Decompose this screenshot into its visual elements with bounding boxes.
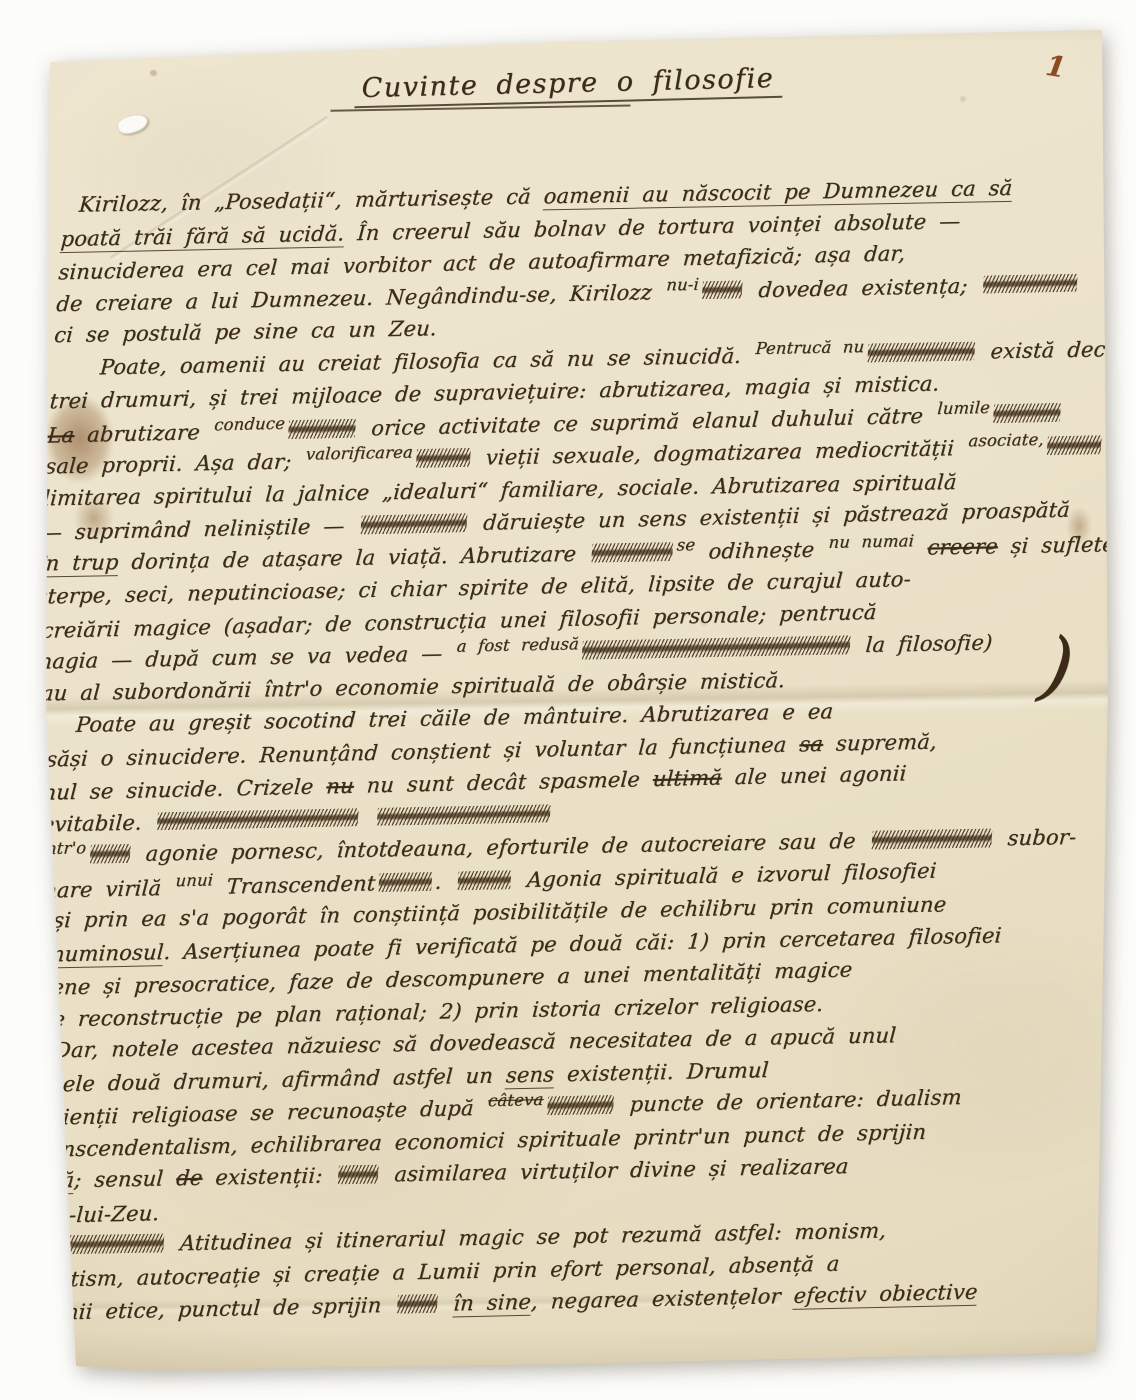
- handwritten-text-segment: supremă,: [822, 729, 937, 755]
- scribble-strikeout: [338, 1165, 379, 1184]
- scribble-strikeout: [867, 341, 975, 361]
- handwritten-text-segment: există decât: [977, 336, 1128, 363]
- handwritten-text-segment: omului-lui-Zeu.: [0, 1201, 160, 1229]
- handwritten-text-segment: câteva: [487, 1084, 544, 1118]
- handwritten-text-segment: valorificarea: [305, 437, 414, 472]
- handwritten-text-segment: de: [175, 1166, 203, 1191]
- scribble-strikeout: [993, 402, 1061, 422]
- handwritten-text-segment: se: [676, 529, 697, 562]
- handwritten-text-segment: sale proprii. Așa dar;: [45, 449, 306, 478]
- manuscript-paragraph: Poate, oamenii au creiat filosofia ca să…: [29, 333, 1061, 711]
- handwritten-text-segment: lumile: [936, 391, 991, 425]
- handwritten-text-segment: nu-i: [665, 268, 700, 301]
- manuscript-paragraph: Poate au greșit socotind trei căile de m…: [7, 691, 1037, 1037]
- handwritten-text-segment: inevitabile.: [20, 810, 155, 837]
- handwritten-text-segment: asimilarea virtuților divine și realizar…: [381, 1154, 850, 1186]
- handwritten-text-segment: Kirilozz, în „Posedații“, mărturisește c…: [78, 184, 544, 216]
- handwritten-text-segment: înafară: [0, 1168, 75, 1195]
- handwritten-text-segment: efectiv obiective: [793, 1280, 979, 1310]
- handwritten-text-segment: ci se postulă pe sine ca un Zeu.: [53, 316, 437, 347]
- handwritten-text-segment: numinosul: [50, 940, 164, 968]
- scribble-strikeout: [1047, 435, 1102, 455]
- handwritten-text-segment: și suflete: [997, 532, 1116, 558]
- scribble-strikeout: [582, 636, 850, 660]
- scribble-strikeout: [546, 1095, 614, 1115]
- scribble-strikeout: [89, 844, 130, 863]
- manuscript-body: Kirilozz, în „Posedații“, mărturisește c…: [0, 170, 1072, 1329]
- handwritten-text-segment: funcțiunii etice, punctul de sprijin: [0, 1293, 395, 1326]
- handwritten-text-segment: în trup: [38, 550, 120, 577]
- scribble-strikeout: [157, 808, 359, 831]
- handwritten-text-segment: existenții. Drumul: [553, 1058, 769, 1086]
- handwritten-text-segment: dorința de atașare la viață. Abrutizare: [118, 541, 590, 573]
- paper-shadow: 1 Cuvinte despre o filosofie Kirilozz, î…: [0, 0, 1136, 1400]
- handwritten-text-segment: ultimă: [652, 765, 723, 791]
- handwritten-text-segment: sa: [799, 731, 824, 756]
- handwritten-text-segment: la filosofie): [852, 630, 993, 657]
- handwritten-text-segment: a fost redusă: [456, 628, 580, 663]
- scanned-manuscript-page: 1 Cuvinte despre o filosofie Kirilozz, î…: [0, 0, 1136, 1400]
- manuscript-paper: 1 Cuvinte despre o filosofie Kirilozz, î…: [0, 0, 1136, 1400]
- handwritten-text-segment: La: [47, 422, 75, 447]
- scribble-strikeout: [457, 870, 512, 890]
- handwritten-text-segment: puncte de orientare: dualism: [616, 1085, 963, 1117]
- scribble-strikeout: [397, 1294, 438, 1313]
- handwritten-text-segment: în sine: [452, 1290, 531, 1318]
- manuscript-paragraph: Kirilozz, în „Posedații“, mărturisește c…: [53, 170, 1072, 353]
- scribble-strikeout: [288, 418, 356, 438]
- handwritten-text-segment: [Dintr'o: [19, 832, 87, 866]
- scribble-strikeout: [376, 804, 551, 826]
- handwritten-text-segment: ale unei agonii: [721, 761, 907, 789]
- foxing-spot: [150, 70, 157, 76]
- handwritten-text-segment: [360, 805, 375, 829]
- handwritten-text-segment: conduce: [213, 407, 286, 441]
- handwritten-text-segment: tot: [15, 898, 41, 931]
- manuscript-title-block: Cuvinte despre o filosofie: [0, 54, 1136, 121]
- handwritten-text-segment: din cele două drumuri, afirmând astfel u…: [3, 1063, 507, 1097]
- scribble-strikeout: [702, 280, 743, 299]
- handwritten-text-segment: magia — după cum se va vedea —: [31, 641, 456, 674]
- scribble-strikeout: [360, 513, 468, 534]
- manuscript-title: Cuvinte despre o filosofie: [353, 63, 782, 108]
- scribble-strikeout: [983, 273, 1078, 293]
- handwritten-text-segment: asociate,: [967, 424, 1045, 458]
- handwritten-text-segment: cu: [12, 942, 52, 967]
- handwritten-text-segment: abrutizare: [74, 419, 214, 446]
- handwritten-text-segment: nu: [326, 774, 355, 799]
- manuscript-paragraph: Atitudinea și itinerariul magic se pot r…: [0, 1211, 1002, 1329]
- scribble-strikeout: [416, 448, 471, 468]
- handwritten-text-segment: dovedea existența;: [745, 273, 982, 302]
- handwritten-text-segment: creere: [927, 534, 999, 559]
- handwritten-text-segment: poată trăi fără să ucidă.: [60, 221, 345, 253]
- handwritten-text-segment: experienții religioase se recunoaște dup…: [1, 1096, 488, 1131]
- handwritten-text-segment: ; sensul: [73, 1166, 177, 1192]
- handwritten-text-segment: .: [434, 869, 455, 893]
- scribble-strikeout: [378, 872, 433, 892]
- handwritten-text-segment: oamenii au născocit pe Dumnezeu ca să: [543, 176, 1013, 210]
- handwritten-text-segment: Pentrucă nu: [754, 331, 865, 366]
- handwritten-text-segment: unui: [175, 864, 215, 897]
- handwritten-text-segment: omul se sinucide. Crizele: [23, 774, 327, 805]
- handwritten-text-segment: Agonia spirituală e izvorul filosofiei: [513, 858, 937, 892]
- handwritten-text-segment: Transcendent: [213, 871, 376, 899]
- handwritten-text-segment: subor-: [994, 825, 1077, 851]
- handwritten-text-segment: existenții:: [202, 1163, 337, 1189]
- handwritten-text-segment: , negarea existențelor: [530, 1284, 794, 1314]
- scribble-strikeout: [43, 1234, 164, 1255]
- manuscript-paragraph: Dar, notele acestea năzuiesc să dovedeas…: [0, 1016, 1015, 1232]
- handwritten-text-segment: nu sunt decât spasmele: [353, 767, 654, 798]
- handwritten-text-segment: — suprimând neliniștile —: [40, 514, 358, 545]
- scribble-strikeout: [871, 829, 992, 850]
- handwritten-text-segment: odihnește: [695, 537, 828, 563]
- scribble-strikeout: [592, 542, 673, 562]
- handwritten-text-segment: nu numai: [828, 525, 916, 559]
- handwritten-text-segment: donare virilă: [16, 875, 175, 903]
